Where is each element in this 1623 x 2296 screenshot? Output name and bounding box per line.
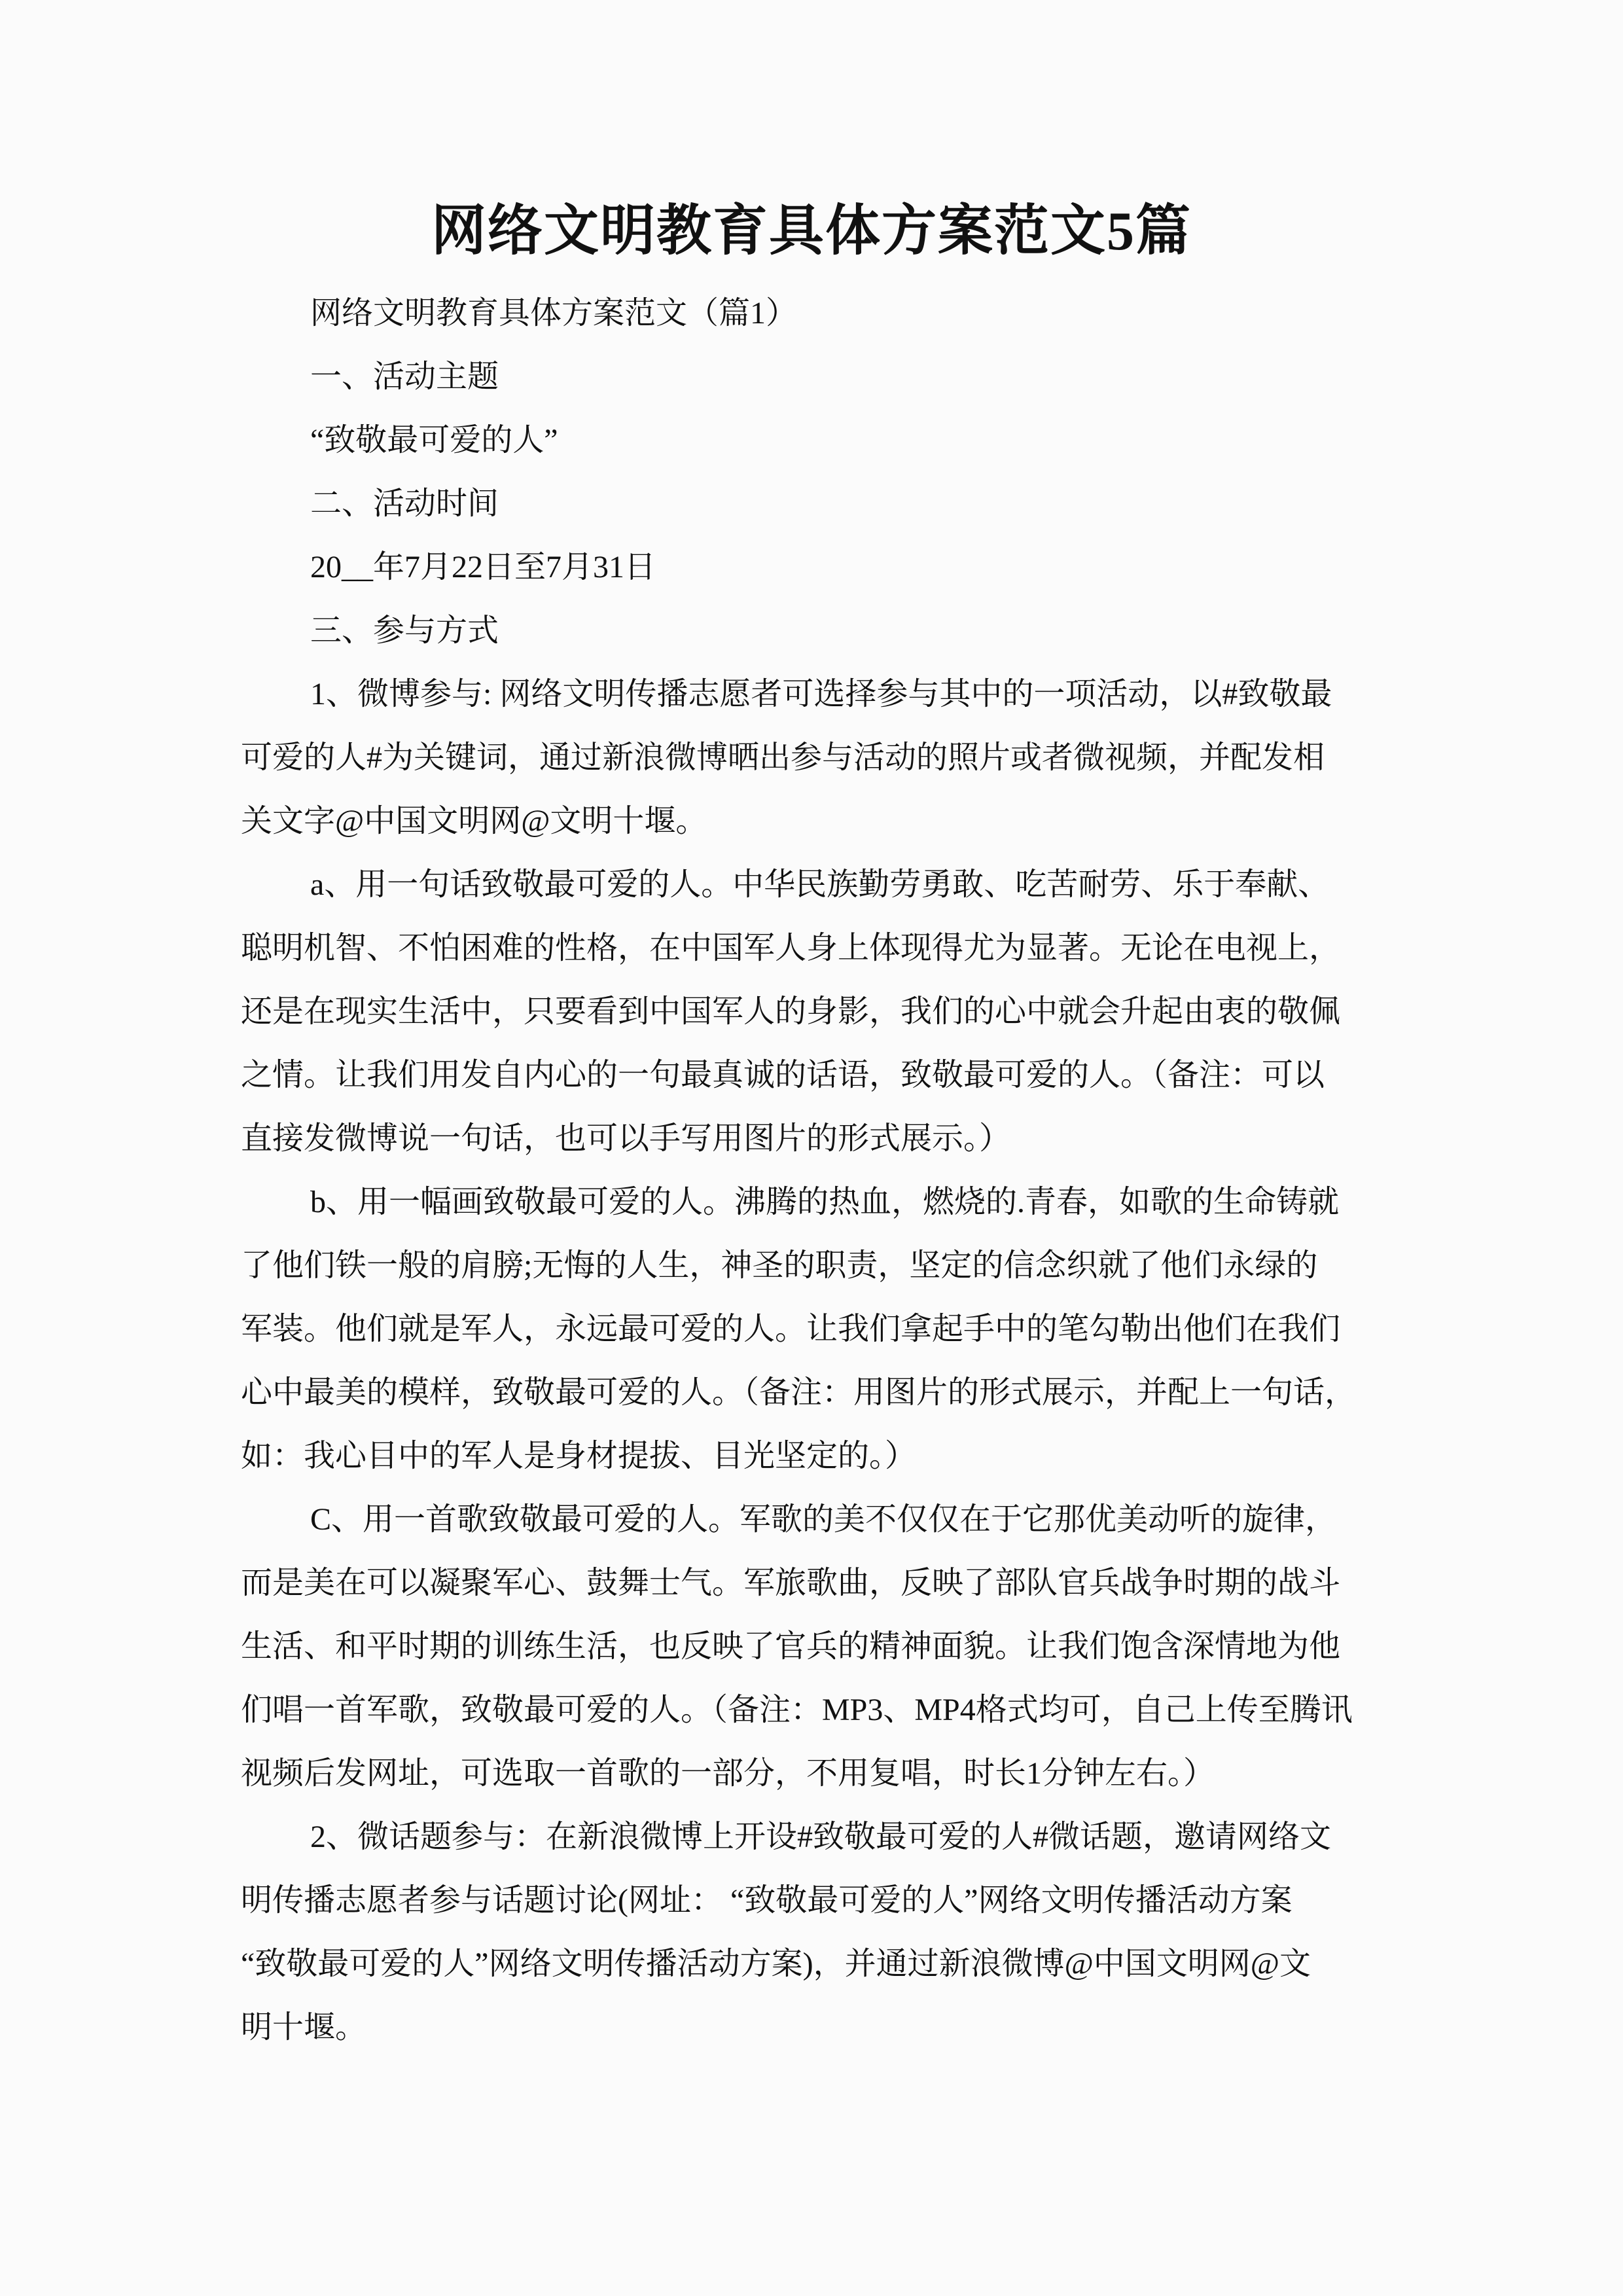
text-line: 关文字@中国文明网@文明十堰。: [241, 789, 1387, 853]
text-line: 明传播志愿者参与话题讨论(网址： “致敬最可爱的人”网络文明传播活动方案: [241, 1869, 1387, 1932]
text-line: 2、微话题参与：在新浪微博上开设#致敬最可爱的人#微话题，邀请网络文: [241, 1805, 1387, 1869]
text-line: 视频后发网址，可选取一首歌的一部分，不用复唱，时长1分钟左右。）: [241, 1742, 1387, 1805]
document-page: 网络文明教育具体方案范文5篇 网络文明教育具体方案范文（篇1） 一、活动主题 “…: [0, 0, 1623, 2296]
text-line: 三、参与方式: [241, 599, 1387, 662]
text-line: 还是在现实生活中，只要看到中国军人的身影，我们的心中就会升起由衷的敬佩: [241, 980, 1387, 1043]
text-line: C、用一首歌致敬最可爱的人。军歌的美不仅仅在于它那优美动听的旋律，: [241, 1488, 1387, 1551]
document-body: 网络文明教育具体方案范文（篇1） 一、活动主题 “致敬最可爱的人” 二、活动时间…: [241, 281, 1387, 2059]
text-line: 了他们铁一般的肩膀;无悔的人生，神圣的职责，坚定的信念织就了他们永绿的: [241, 1234, 1387, 1297]
text-line: 1、微博参与: 网络文明传播志愿者可选择参与其中的一项活动，以#致敬最: [241, 662, 1387, 726]
text-line: 而是美在可以凝聚军心、鼓舞士气。军旅歌曲，反映了部队官兵战争时期的战斗: [241, 1551, 1387, 1615]
document-title: 网络文明教育具体方案范文5篇: [0, 0, 1623, 268]
text-line: 聪明机智、不怕困难的性格，在中国军人身上体现得尤为显著。无论在电视上，: [241, 916, 1387, 980]
text-line: 20__年7月22日至7月31日: [241, 535, 1387, 599]
text-line: 们唱一首军歌，致敬最可爱的人。（备注：MP3、MP4格式均可，自己上传至腾讯: [241, 1678, 1387, 1742]
text-line: 心中最美的模样，致敬最可爱的人。（备注：用图片的形式展示，并配上一句话，: [241, 1361, 1387, 1424]
text-line: 生活、和平时期的训练生活，也反映了官兵的精神面貌。让我们饱含深情地为他: [241, 1615, 1387, 1678]
text-line: 网络文明教育具体方案范文（篇1）: [241, 281, 1387, 345]
text-line: 明十堰。: [241, 1996, 1387, 2059]
text-line: 直接发微博说一句话，也可以手写用图片的形式展示。）: [241, 1107, 1387, 1170]
text-line: a、用一句话致敬最可爱的人。中华民族勤劳勇敢、吃苦耐劳、乐于奉献、: [241, 853, 1387, 916]
text-line: 二、活动时间: [241, 472, 1387, 535]
text-line: “致敬最可爱的人”网络文明传播活动方案)，并通过新浪微博@中国文明网@文: [241, 1932, 1387, 1996]
text-line: 可爱的人#为关键词，通过新浪微博晒出参与活动的照片或者微视频，并配发相: [241, 726, 1387, 789]
text-line: 一、活动主题: [241, 345, 1387, 408]
text-line: 之情。让我们用发自内心的一句最真诚的话语，致敬最可爱的人。（备注：可以: [241, 1043, 1387, 1107]
text-line: “致敬最可爱的人”: [241, 408, 1387, 472]
text-line: 军装。他们就是军人，永远最可爱的人。让我们拿起手中的笔勾勒出他们在我们: [241, 1297, 1387, 1361]
text-line: 如：我心目中的军人是身材提拔、目光坚定的。）: [241, 1424, 1387, 1488]
text-line: b、用一幅画致敬最可爱的人。沸腾的热血，燃烧的.青春，如歌的生命铸就: [241, 1170, 1387, 1234]
